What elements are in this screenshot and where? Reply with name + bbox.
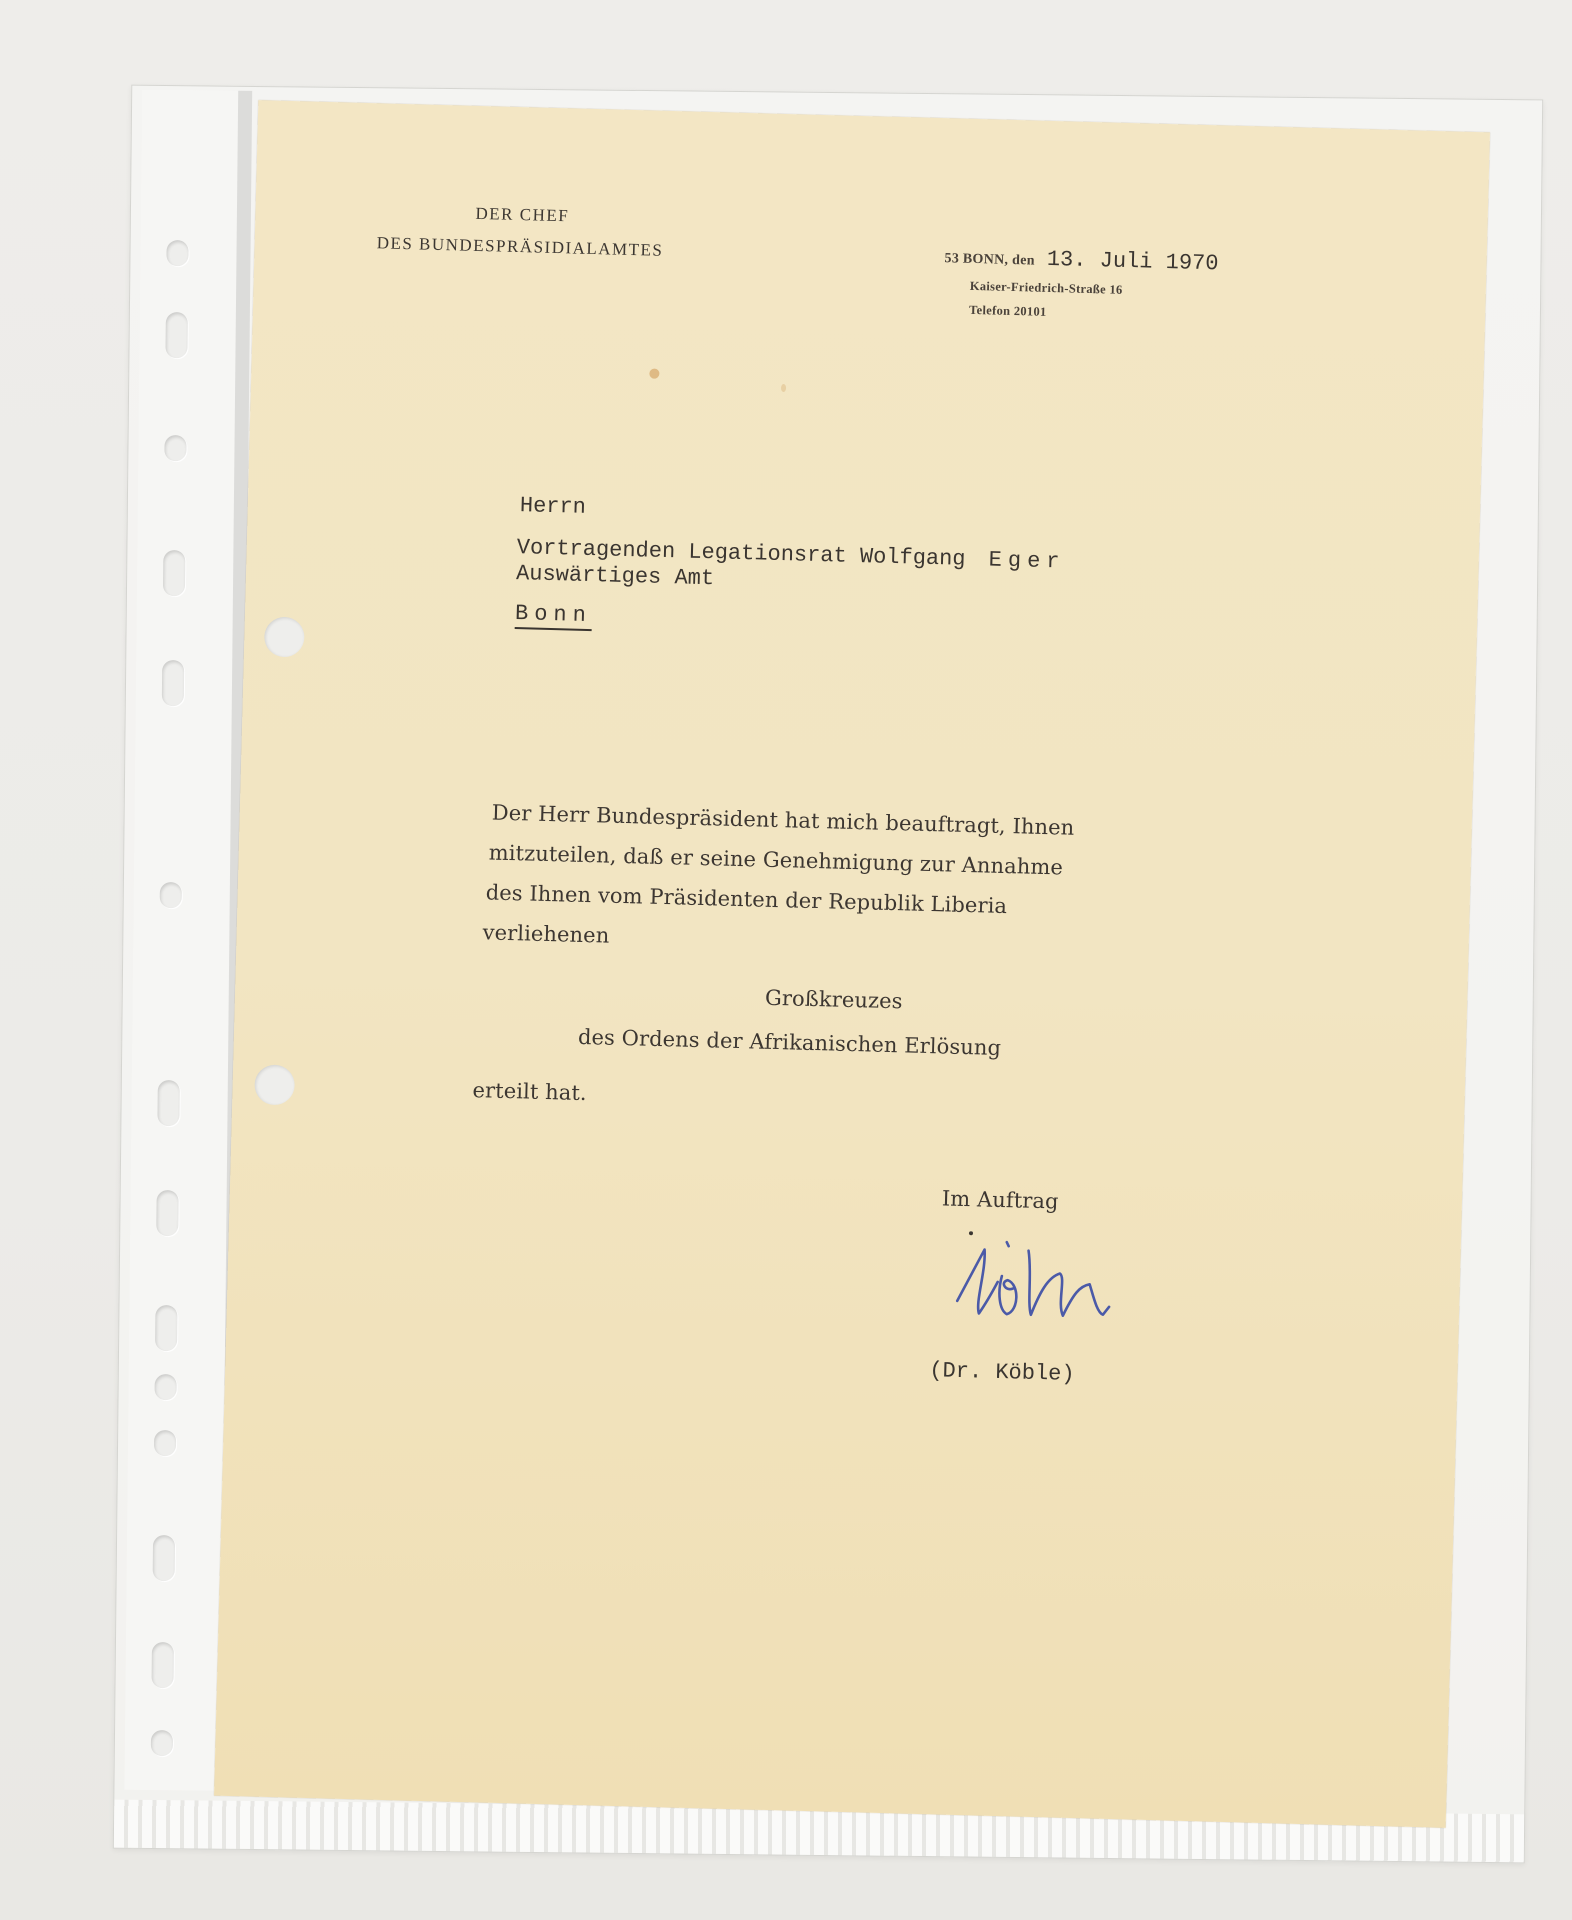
binding-hole — [163, 550, 185, 596]
body-line: mitzuteilen, daß er seine Genehmigung zu… — [488, 840, 1063, 879]
binding-hole — [160, 882, 182, 908]
binding-hole — [164, 435, 186, 461]
body-line: verliehenen — [482, 920, 609, 947]
body-line: Der Herr Bundespräsident hat mich beauft… — [492, 801, 1075, 840]
recipient-office: Auswärtiges Amt — [516, 561, 715, 591]
place-prefix: 53 BONN, den — [944, 251, 1035, 268]
letterhead-office: DES BUNDESPRÄSIDIALAMTES — [376, 233, 663, 261]
dateline: 53 BONN, den 13. Juli 1970 — [944, 244, 1219, 276]
binding-hole — [154, 1430, 176, 1456]
binding-hole — [165, 312, 187, 358]
letter-date: 13. Juli 1970 — [1047, 247, 1219, 276]
handwritten-signature — [946, 1231, 1169, 1347]
recipient-city: Bonn — [515, 601, 593, 631]
binding-hole — [151, 1642, 173, 1688]
binding-hole — [162, 660, 184, 706]
by-order-label: Im Auftrag — [942, 1186, 1059, 1213]
telephone: Telefon 20101 — [969, 303, 1047, 320]
foxing-stain — [649, 368, 659, 378]
binding-hole — [155, 1374, 177, 1400]
foxing-stain — [781, 384, 786, 392]
binding-hole — [157, 1080, 179, 1126]
binding-hole — [166, 240, 188, 266]
binding-hole — [155, 1305, 177, 1351]
body-line: des Ihnen vom Präsidenten der Republik L… — [485, 880, 1007, 918]
award-order: des Ordens der Afrikanischen Erlösung — [578, 1025, 1002, 1060]
binding-hole — [153, 1535, 175, 1581]
closing-line: erteilt hat. — [472, 1078, 587, 1105]
punch-hole — [264, 617, 305, 658]
letterhead-title: DER CHEF — [475, 204, 569, 226]
recipient-salutation: Herrn — [520, 493, 587, 520]
binding-hole — [151, 1730, 173, 1756]
binding-hole — [156, 1190, 178, 1236]
street-address: Kaiser-Friedrich-Straße 16 — [970, 279, 1123, 298]
punch-hole — [254, 1064, 295, 1105]
award-name: Großkreuzes — [765, 986, 903, 1014]
signatory-name: (Dr. Köble) — [929, 1358, 1075, 1387]
recipient-surname: Eger — [988, 547, 1065, 574]
letter-paper: DER CHEF DES BUNDESPRÄSIDIALAMTES 53 BON… — [214, 100, 1490, 1828]
